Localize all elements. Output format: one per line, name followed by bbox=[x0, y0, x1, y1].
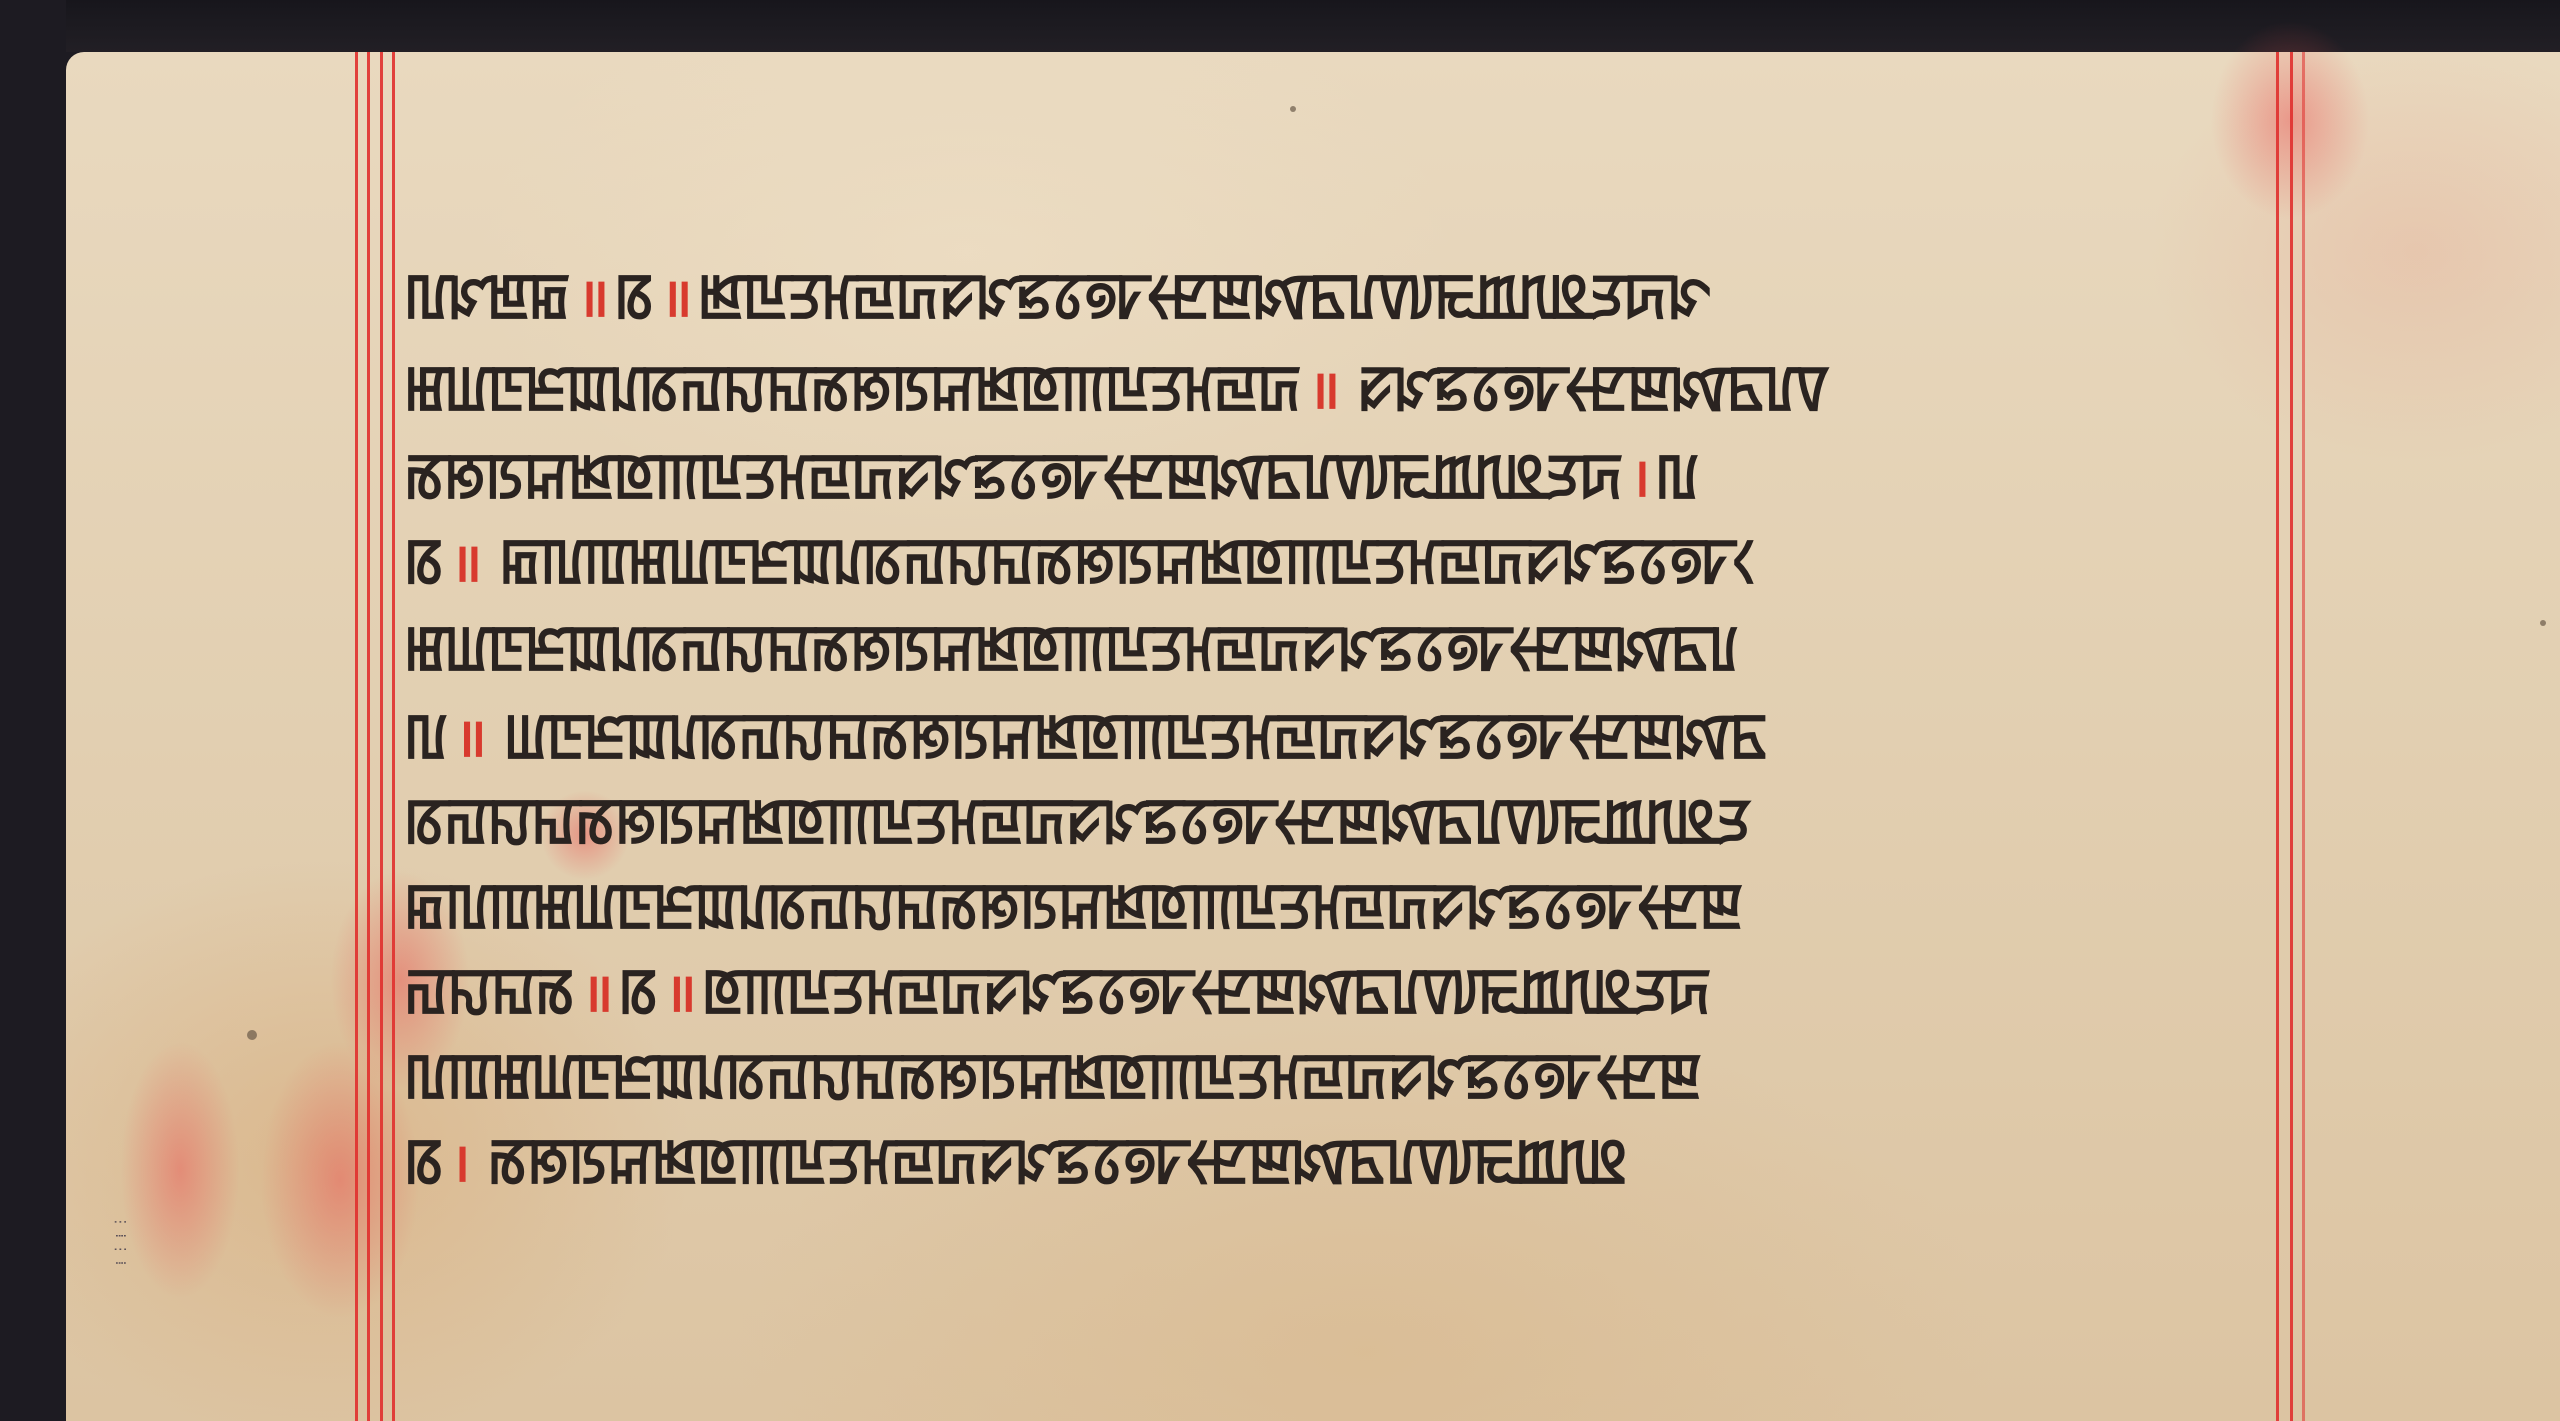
red-stain-left-1 bbox=[120, 1040, 240, 1300]
script-line-10: ꡃꡄꡅꡆꡇꡈꡉꡊꡋꡌꡍꡎꡏꡐꡑꡒꡓꡔꡕꡖꡗꡘꡙꡚꡛꡜꡝꡞꡟꡠꡡꡢꡣ bbox=[405, 1040, 2270, 1110]
rubric-danda: । bbox=[1630, 440, 1650, 510]
script-line-1: ꡃꡜꡁꡂ ॥ ꡋ ॥ ꡓꡖꡗꡘꡙꡚꡛꡜꡝꡞꡟꡠꡡꡢꡣꡤꡥꡦꡧꡨꡩꡪꡫꡬꡭꡮꡯ bbox=[405, 260, 2270, 330]
glyph-run: ꡓꡖꡗꡘꡙꡚꡛꡜꡝꡞꡟꡠꡡꡢꡣꡤꡥꡦꡧꡨꡩꡪꡫꡬꡭꡮꡯ bbox=[698, 260, 1710, 330]
rubric-danda: ॥ bbox=[454, 700, 486, 770]
glyph-run: ꡅꡆꡇꡈꡉꡊꡋꡌꡍꡎꡏꡐꡑꡒꡓꡔꡕꡖꡗꡘꡙꡚ bbox=[405, 352, 1302, 422]
glyph-run: ꡋ bbox=[405, 525, 444, 595]
glyph-run: ꡃ bbox=[405, 700, 448, 770]
script-line-5: ꡅꡆꡇꡈꡉꡊꡋꡌꡍꡎꡏꡐꡑꡒꡓꡔꡕꡖꡗꡘꡙꡚꡛꡜꡝꡞꡟꡠꡡꡢꡣꡤꡥꡦ bbox=[405, 612, 2270, 682]
glyph-run: ꡏꡐꡑꡒꡓꡔꡕꡖꡗꡘꡙꡚꡛꡜꡝꡞꡟꡠꡡꡢꡣꡤꡥꡦꡧꡨꡩꡪꡫꡬꡭꡮ bbox=[405, 440, 1624, 510]
glyph-run: ꡂꡃꡄꡅꡆꡇꡈꡉꡊꡋꡌꡍꡎꡏꡐꡑꡒꡓꡔꡕꡖꡗꡘꡙꡚꡛꡜꡝꡞꡟꡠꡡ bbox=[500, 525, 1754, 595]
rubric-danda: ॥ bbox=[664, 955, 696, 1025]
glyph-run: ꡃ bbox=[1656, 440, 1699, 510]
rubric-danda: । bbox=[450, 1125, 470, 1195]
left-margin-rule-4 bbox=[392, 52, 395, 1421]
script-line-4: ꡋ ॥ ꡂꡃꡄꡅꡆꡇꡈꡉꡊꡋꡌꡍꡎꡏꡐꡑꡒꡓꡔꡕꡖꡗꡘꡙꡚꡛꡜꡝꡞꡟꡠꡡ bbox=[405, 525, 2270, 595]
script-line-7: ꡋꡌꡍꡎꡏꡐꡑꡒꡓꡔꡕꡖꡗꡘꡙꡚꡛꡜꡝꡞꡟꡠꡡꡢꡣꡤꡥꡦꡧꡨꡩꡪꡫꡬꡭ bbox=[405, 785, 2270, 855]
glyph-run: ꡋ bbox=[615, 260, 654, 330]
right-margin-rule-3 bbox=[2302, 52, 2305, 1421]
paper-speck bbox=[1290, 106, 1296, 112]
background-cloth-top bbox=[66, 0, 2560, 52]
rubric-danda: ॥ bbox=[450, 525, 482, 595]
glyph-run: ꡋ bbox=[619, 955, 658, 1025]
rubric-danda: ॥ bbox=[581, 955, 613, 1025]
left-margin-rule-2 bbox=[367, 52, 370, 1421]
right-margin-rule-2 bbox=[2290, 52, 2293, 1421]
rubric-danda: ॥ bbox=[577, 260, 609, 330]
script-line-2: ꡅꡆꡇꡈꡉꡊꡋꡌꡍꡎꡏꡐꡑꡒꡓꡔꡕꡖꡗꡘꡙꡚ ॥ ꡛꡜꡝꡞꡟꡠꡡꡢꡣꡤꡥꡦꡧ bbox=[405, 352, 2270, 422]
glyph-run: ꡌꡍꡎꡏ bbox=[405, 955, 575, 1025]
glyph-run: ꡋ bbox=[405, 1125, 444, 1195]
glyph-run: ꡃꡜꡁꡂ bbox=[405, 260, 571, 330]
glyph-run: ꡅꡆꡇꡈꡉꡊꡋꡌꡍꡎꡏꡐꡑꡒꡓꡔꡕꡖꡗꡘꡙꡚꡛꡜꡝꡞꡟꡠꡡꡢꡣꡤꡥꡦ bbox=[405, 612, 1739, 682]
script-line-9: ꡌꡍꡎꡏ ॥ ꡋ ॥ ꡔꡕꡖꡗꡘꡙꡚꡛꡜꡝꡞꡟꡠꡡꡢꡣꡤꡥꡦꡧꡨꡩꡪꡫꡬꡭꡮ bbox=[405, 955, 2270, 1025]
glyph-run: ꡂꡃꡄꡅꡆꡇꡈꡉꡊꡋꡌꡍꡎꡏꡐꡑꡒꡓꡔꡕꡖꡗꡘꡙꡚꡛꡜꡝꡞꡟꡠꡡꡢꡣ bbox=[405, 870, 1744, 940]
glyph-run: ꡃꡄꡅꡆꡇꡈꡉꡊꡋꡌꡍꡎꡏꡐꡑꡒꡓꡔꡕꡖꡗꡘꡙꡚꡛꡜꡝꡞꡟꡠꡡꡢꡣ bbox=[405, 1040, 1702, 1110]
margin-pencil-note: ⋮ ⁞ ⋮ ⁞ bbox=[112, 1215, 128, 1265]
left-margin-rule-3 bbox=[380, 52, 383, 1421]
script-line-6: ꡃ ॥ ꡆꡇꡈꡉꡊꡋꡌꡍꡎꡏꡐꡑꡒꡓꡔꡕꡖꡗꡘꡙꡚꡛꡜꡝꡞꡟꡠꡡꡢꡣꡤꡥ bbox=[405, 700, 2270, 770]
script-line-11: ꡋ । ꡏꡐꡑꡒꡓꡔꡕꡖꡗꡘꡙꡚꡛꡜꡝꡞꡟꡠꡡꡢꡣꡤꡥꡦꡧꡨꡩꡪꡫꡬ bbox=[405, 1125, 2270, 1195]
glyph-run: ꡋꡌꡍꡎꡏꡐꡑꡒꡓꡔꡕꡖꡗꡘꡙꡚꡛꡜꡝꡞꡟꡠꡡꡢꡣꡤꡥꡦꡧꡨꡩꡪꡫꡬꡭ bbox=[405, 785, 1751, 855]
rubric-danda: ॥ bbox=[1308, 352, 1340, 422]
glyph-run: ꡏꡐꡑꡒꡓꡔꡕꡖꡗꡘꡙꡚꡛꡜꡝꡞꡟꡠꡡꡢꡣꡤꡥꡦꡧꡨꡩꡪꡫꡬ bbox=[488, 1125, 1627, 1195]
glyph-run: ꡆꡇꡈꡉꡊꡋꡌꡍꡎꡏꡐꡑꡒꡓꡔꡕꡖꡗꡘꡙꡚꡛꡜꡝꡞꡟꡠꡡꡢꡣꡤꡥ bbox=[505, 700, 1768, 770]
right-margin-rule-1 bbox=[2276, 52, 2279, 1421]
script-line-8: ꡂꡃꡄꡅꡆꡇꡈꡉꡊꡋꡌꡍꡎꡏꡐꡑꡒꡓꡔꡕꡖꡗꡘꡙꡚꡛꡜꡝꡞꡟꡠꡡꡢꡣ bbox=[405, 870, 2270, 940]
script-line-3: ꡏꡐꡑꡒꡓꡔꡕꡖꡗꡘꡙꡚꡛꡜꡝꡞꡟꡠꡡꡢꡣꡤꡥꡦꡧꡨꡩꡪꡫꡬꡭꡮ । ꡃ bbox=[405, 440, 2270, 510]
paper-speck bbox=[247, 1030, 257, 1040]
rubric-danda: ॥ bbox=[660, 260, 692, 330]
glyph-run: ꡛꡜꡝꡞꡟꡠꡡꡢꡣꡤꡥꡦꡧ bbox=[1358, 352, 1830, 422]
paper-speck bbox=[2540, 620, 2546, 626]
glyph-run: ꡔꡕꡖꡗꡘꡙꡚꡛꡜꡝꡞꡟꡠꡡꡢꡣꡤꡥꡦꡧꡨꡩꡪꡫꡬꡭꡮ bbox=[703, 955, 1712, 1025]
left-margin-rule-1 bbox=[355, 52, 358, 1421]
